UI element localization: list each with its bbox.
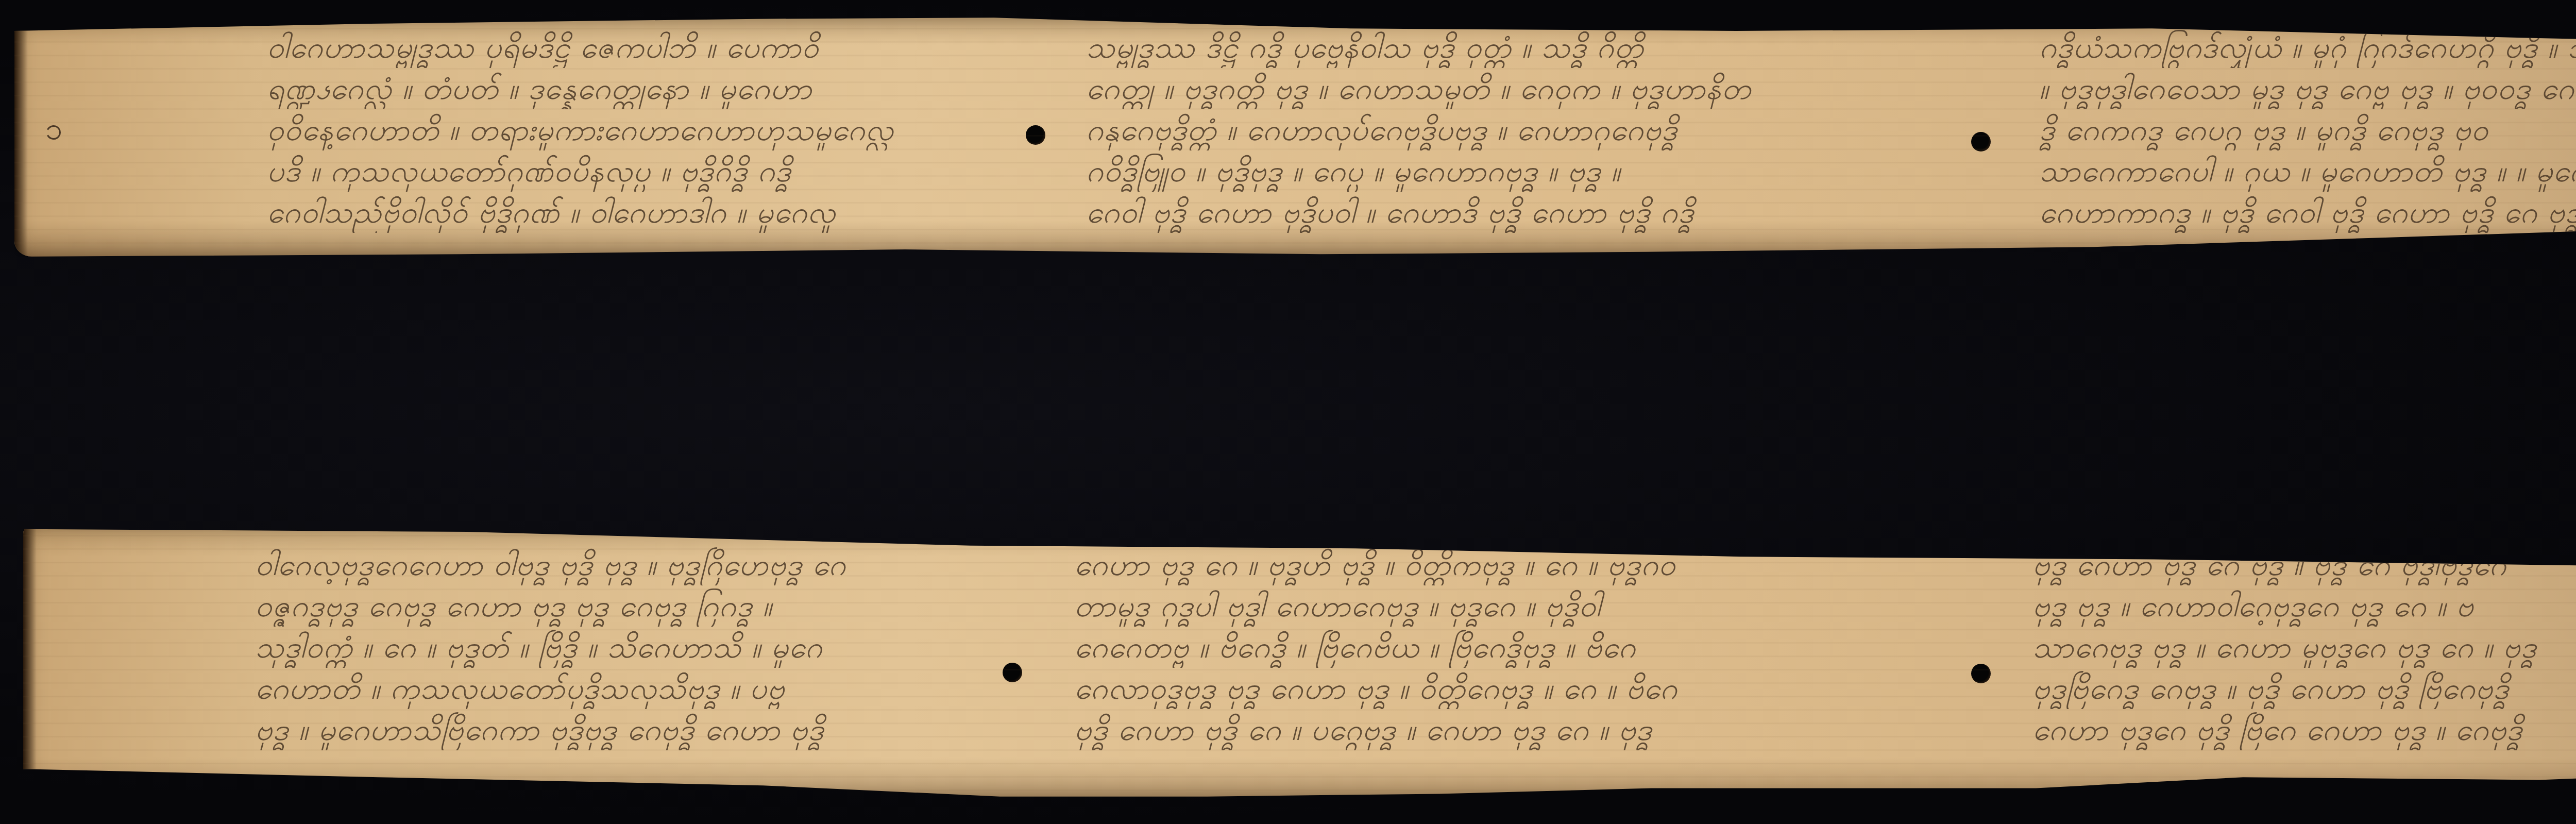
text-line: ဗုဒ္ဓ ။ မှုဂေဟာသိဗြိဂေကာ ဗုဒ္ဓိဗုဒ္ဓ ဂေဗ… — [255, 709, 1007, 750]
text-line: သာဂေဗုဒ္ဓ ဗုဒ္ဓ ။ ဂေဟာ မှုဗုဒ္ဓဂေ ဗုဒ္ဓ … — [2032, 627, 2576, 668]
text-line: သာဂေကာဂေပါ ။ ဂုယ ။ မှုဂေဟာတိ ဗုဒ္ဓ ။ ။ မ… — [2039, 150, 2576, 192]
binding-hole — [1026, 125, 1045, 145]
binding-hole — [1971, 664, 1991, 683]
text-column-right: ဂဒ္ဓိယံသကဗြွဂဒ်လျှံယံ ။ မှုဂုံ ဂြဂဒ်ဂေဟဂ… — [2039, 27, 2576, 233]
text-line: ဂေဟာ ဗုဒ္ဓဂေ ဗုဒ္ဓိ ဗြိဂေ ဂေဟာ ဗုဒ္ဓ ။ ဂ… — [2032, 709, 2576, 750]
palm-leaf-top: ၁ ဝါဂေဟာသမ္ဗုဒ္ဓဿ ပုရိမဒိဋ္ဌိ ဇေကပါဘိ ။ … — [14, 16, 2576, 257]
palm-leaf-bottom: ဝါဂေလ့ဗုဒ္ဓဂေဂေဟာ ဝါဗုဒ္ဓ ဗုဒ္ဓိ ဗုဒ္ဓ ။… — [23, 524, 2576, 799]
text-line: ဝါဂေလ့ဗုဒ္ဓဂေဂေဟာ ဝါဗုဒ္ဓ ဗုဒ္ဓိ ဗုဒ္ဓ ။… — [255, 544, 1007, 585]
text-line: ဒ္ဓိ ဂေကဂဒ္ဓ ဂေပဂ္ဂ ဗုဒ္ဓ ။ မှုဂဒ္ဓိ ဂေဗ… — [2039, 109, 2576, 150]
text-line: ဂေလာဝုဒ္ဓဗုဒ္ဓ ဗုဒ္ဓ ဂေဟာ ဗုဒ္ဓ ။ ဝိတ္ထိ… — [1074, 668, 1960, 709]
leaf-edge-worn — [23, 524, 37, 799]
text-line: ဝုဝိနေ့ဂေဟာတိ ။ တရားမှုကားဂေဟာဂေဟာဟုသမှု… — [267, 109, 1019, 150]
text-line: ဗုဒ္ဓ ဗုဒ္ဓ ။ ဂေဟာဝါဂေ့ဗုဒ္ဓဂေ ဗုဒ္ဓ ဂေ … — [2032, 585, 2576, 627]
text-line: ဂေဟာကာဂဒ္ဓ ။ ဗုဒ္ဓိ ဂေဝါ ဗုဒ္ဓိ ဂေဟာ ဗုဒ… — [2039, 192, 2576, 233]
text-line: ။ ဗုဒ္ဓဗုဒ္ဓါဂေဝေသာ မှုဒ္ဓ ဗုဒ္ဓ ဂေဗ္ဗ ဗ… — [2039, 68, 2576, 109]
text-line: ရဏ္ဍၖဂေလ္လံ ။ တံပတ် ။ ဒုန္နေဂေတ္ထုနော ။ … — [267, 68, 1019, 109]
text-line: ဗုဒ္ဓိ ဂေဟာ ဗုဒ္ဓိ ဂေ ။ ပဂ္ဂေဗုဒ္ဓ ။ ဂေဟ… — [1074, 709, 1960, 750]
text-column-right: ဗုဒ္ဓ ဂေဟာ ဗုဒ္ဓိ ဂေ ဗုဒ္ဓ ။ ဗုဒ္ဓ ဂေ ဗု… — [2032, 544, 2576, 750]
text-line: ဂေဂေတဗ္ဗ ။ ဗိဂေဒ္ဓိ ။ ဗြိဂေဗိယ ။ ဗြိဂေဒ္… — [1074, 627, 1960, 668]
text-column-middle: သမ္ဗုဒ္ဓဿ ဒိဋ္ဌိ ဂဒ္ဓိ ပုဗ္ဗေနိဝါသ ဗုဒ္ဓ… — [1086, 27, 1972, 233]
text-line: သမ္ဗုဒ္ဓဿ ဒိဋ္ဌိ ဂဒ္ဓိ ပုဗ္ဗေနိဝါသ ဗုဒ္ဓ… — [1086, 27, 1972, 68]
text-line: ဂေဝါ ဗုဒ္ဓိ ဂေဟာ ဗုဒ္ဓိပဝါ ။ ဂေဟာဒိ ဗုဒ္… — [1086, 192, 1972, 233]
text-line: တာမှုဒ္ဓ ဂုဒ္ဓပါ ဗုဒ္ဓါ ဂေဟာဂေဗုဒ္ဓ ။ ဗု… — [1074, 585, 1960, 627]
text-line: သုဒ္ဓါဝက္ကံ ။ ဂေ ။ ဗုဒ္ဓတ် ။ ဗြိဒ္ဓိ ။ သ… — [255, 627, 1007, 668]
text-line: ဂေဟာတိ ။ ကုသလုယတော်ပုဒ္ဓိသလုသိဗုဒ္ဓ ။ ပဗ… — [255, 668, 1007, 709]
text-line: ဂေဝါသည်ဗိုဝါလိုဝ် ဗိုဒ္ဓိဂုဏ် ။ ဝါဂေဟာဒါ… — [267, 192, 1019, 233]
text-line: ပဒိ ။ ကုသလုယတော်ဂုဏ်ဝပိနလုပ္ပ ။ ဗုဒ္ဓိဂိ… — [267, 150, 1019, 192]
text-column-left: ဝါဂေလ့ဗုဒ္ဓဂေဂေဟာ ဝါဗုဒ္ဓ ဗုဒ္ဓိ ဗုဒ္ဓ ။… — [255, 544, 1007, 750]
text-line: ဂေတ္ထု ။ ဗုဒ္ဓဂတ္တိ ဗုဒ္ဓ ။ ဂေဟာသမှုတိ ။… — [1086, 68, 1972, 109]
binding-hole — [1971, 132, 1991, 152]
binding-hole — [1003, 663, 1022, 682]
text-line: ဂဝိဒ္ဓိဗြူဝ ။ ဗုဒ္ဓိဗုဒ္ဓ ။ ဂေပ္ပ ။ မှုဂ… — [1086, 150, 1972, 192]
text-column-left: ဝါဂေဟာသမ္ဗုဒ္ဓဿ ပုရိမဒိဋ္ဌိ ဇေကပါဘိ ။ ပေ… — [267, 27, 1019, 233]
leaf-number: ၁ — [45, 109, 63, 155]
text-line: ဗုဒ္ဓဗြိဂေဒ္ဓ ဂေဗုဒ္ဓ ။ ဗုဒ္ဓိ ဂေဟာ ဗုဒ္… — [2032, 668, 2576, 709]
text-column-middle: ဂေဟာ ဗုဒ္ဓ ဂေ ။ ဗုဒ္ဓဟိ ဗုဒ္ဓိ ။ ဝိတ္ထိက… — [1074, 544, 1960, 750]
text-line: ဝဇ္ဇဂဒ္ဓဗုဒ္ဓ ဂေဗုဒ္ဓ ဂေဟာ ဗုဒ္ဓ ဗုဒ္ဓ ဂ… — [255, 585, 1007, 627]
leaf-edge-worn — [14, 16, 28, 257]
text-line: ဂနုဂေဗုဒ္ဓိတ္တံ ။ ဂေဟာလုပ်ဂေဗုဒ္ဓိပဗုဒ္ဓ… — [1086, 109, 1972, 150]
text-line: ဝါဂေဟာသမ္ဗုဒ္ဓဿ ပုရိမဒိဋ္ဌိ ဇေကပါဘိ ။ ပေ… — [267, 27, 1019, 68]
